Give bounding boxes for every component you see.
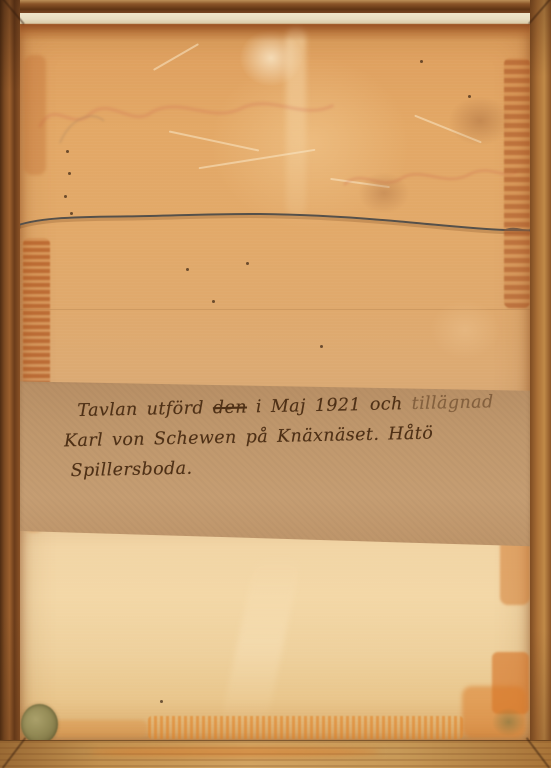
paper-speck <box>186 268 189 271</box>
wire-shadow <box>13 217 537 234</box>
paper-strip-top <box>5 13 546 24</box>
paper-speck <box>212 300 215 303</box>
paper-speck <box>66 150 69 153</box>
paper-speck <box>420 60 423 63</box>
frame-bottom-rail <box>0 740 551 768</box>
label-line1-pre: Tavlan utförd <box>77 398 213 421</box>
handwritten-label-band: Tavlan utförd den i Maj 1921 och tillägn… <box>20 378 530 548</box>
label-line1-faded: tillägnad <box>411 392 493 414</box>
paper-speck <box>246 262 249 265</box>
paper-speck <box>320 345 323 348</box>
hanging-wire <box>0 188 551 258</box>
struck-through-word: den <box>213 397 247 418</box>
frame-left-rail <box>0 0 20 768</box>
paper-speck <box>68 172 71 175</box>
paper-speck <box>70 212 73 215</box>
frame-right-rail <box>530 0 551 768</box>
handwritten-label-text: Tavlan utförd den i Maj 1921 och tillägn… <box>19 387 521 487</box>
paper-speck <box>64 195 67 198</box>
paper-speck <box>468 95 471 98</box>
label-line1-mid: i Maj 1921 och <box>247 394 412 417</box>
rust-stain-top-band <box>20 24 530 41</box>
paper-crease-line <box>20 309 530 310</box>
painting-back-photo: Tavlan utförd den i Maj 1921 och tillägn… <box>0 0 551 768</box>
paper-speck <box>160 700 163 703</box>
frame-top-rail <box>0 0 551 13</box>
